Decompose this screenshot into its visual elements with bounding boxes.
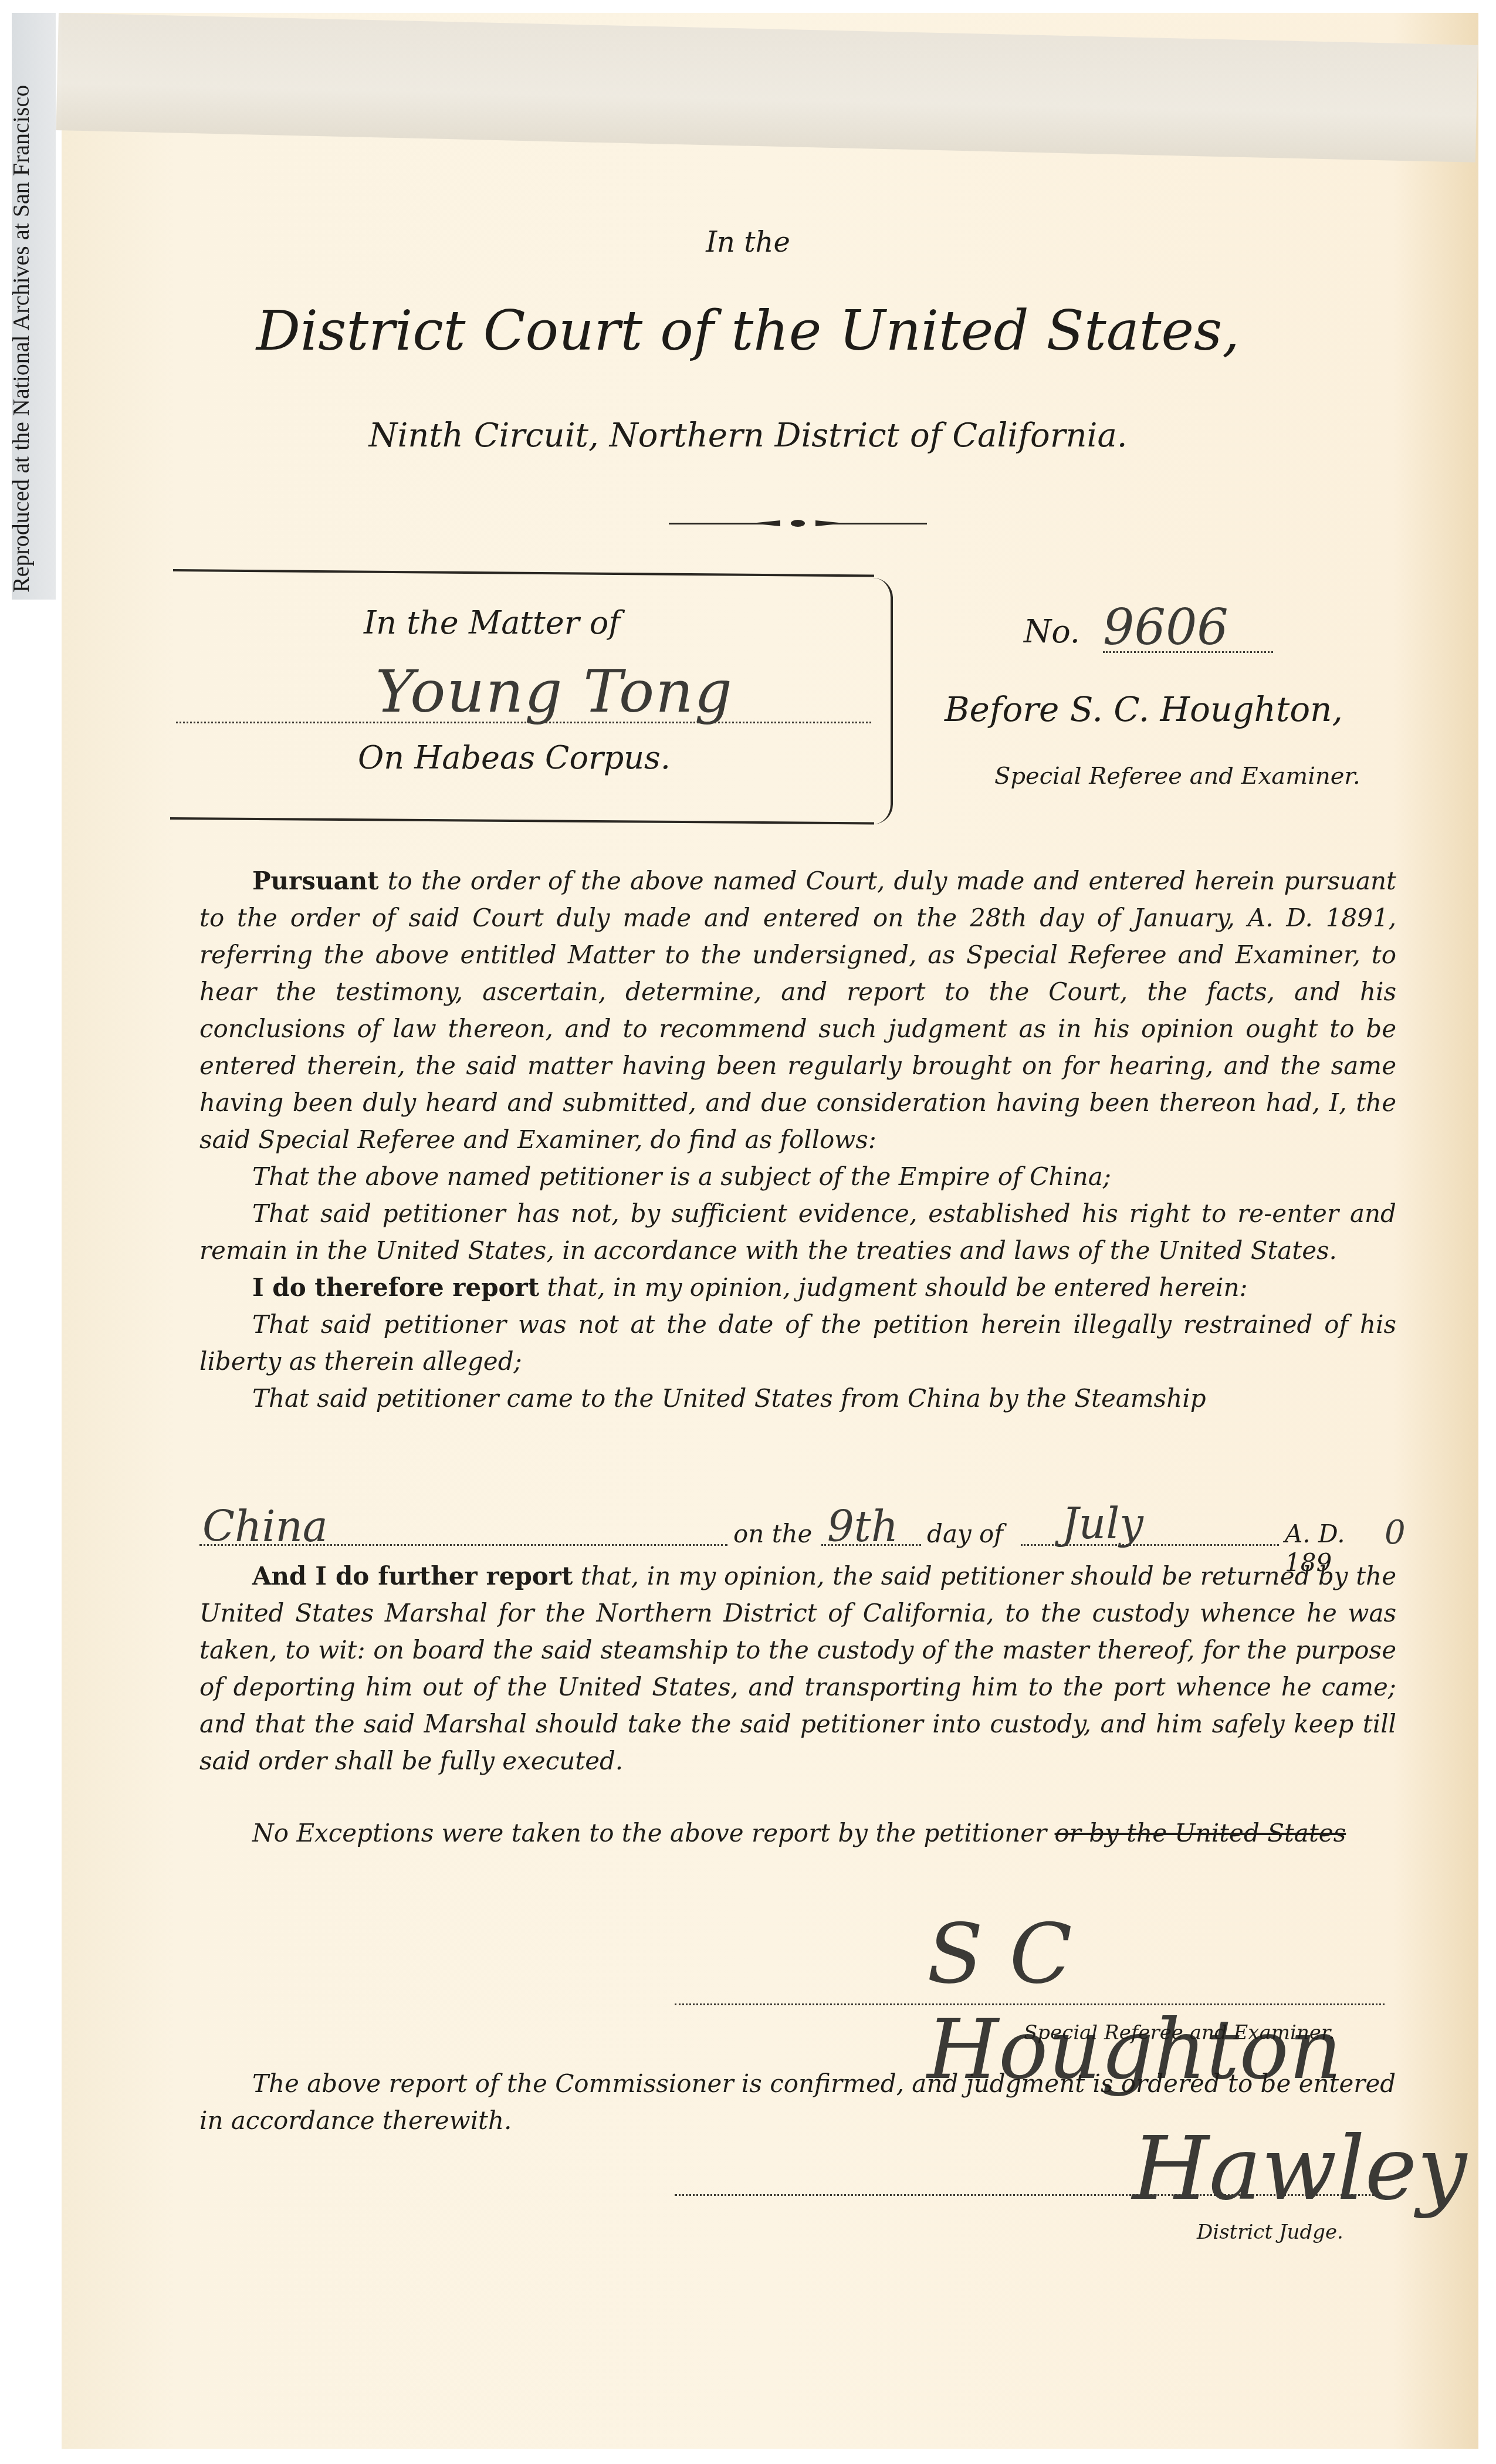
pursuant-paragraph: Pursuant to the order of the above named… xyxy=(199,862,1396,1417)
pursuant-lead: Pursuant xyxy=(252,867,379,895)
exceptions-struck-text: or by the United States xyxy=(1055,1819,1346,1847)
header-in-the: In the xyxy=(0,226,1496,259)
month-line xyxy=(1021,1544,1279,1546)
before-referee: Before S. C. Houghton, xyxy=(945,689,1343,729)
matter-label: In the Matter of xyxy=(364,604,620,641)
proceeding-type: On Habeas Corpus. xyxy=(358,739,671,776)
case-number-label: No. xyxy=(1024,613,1080,650)
judge-signature: Hawley xyxy=(1132,2118,1467,2220)
report-lead: I do therefore report xyxy=(252,1273,539,1302)
ornament-divider xyxy=(669,519,927,527)
referee-signature-title: Special Referee and Examiner. xyxy=(1024,2021,1335,2045)
report-paragraph: I do therefore report that, in my opinio… xyxy=(199,1269,1396,1306)
arrival-month: July xyxy=(1062,1499,1143,1548)
further-report-paragraph: And I do further report that, in my opin… xyxy=(199,1558,1396,1779)
case-number: 9606 xyxy=(1103,598,1228,656)
referee-title: Special Referee and Examiner. xyxy=(994,763,1360,790)
arrival-fill-row: China on the 9th day of July A. D. 189 0 xyxy=(199,1514,1396,1555)
finding-1: That the above named petitioner is a sub… xyxy=(199,1158,1396,1195)
report-text: that, in my opinion, judgment should be … xyxy=(539,1273,1248,1302)
exceptions-line: No Exceptions were taken to the above re… xyxy=(252,1819,1346,1847)
pursuant-text: to the order of the above named Court, d… xyxy=(199,867,1396,1154)
judge-signature-title: District Judge. xyxy=(1197,2221,1343,2244)
arrival-day: 9th xyxy=(827,1502,898,1551)
court-title: District Court of the United States, xyxy=(0,299,1496,363)
steamship-name: China xyxy=(202,1502,328,1551)
report-2: That said petitioner came to the United … xyxy=(199,1380,1396,1417)
on-the-label: on the xyxy=(733,1519,812,1548)
circuit-subtitle: Ninth Circuit, Northern District of Cali… xyxy=(0,417,1496,455)
exceptions-text: No Exceptions were taken to the above re… xyxy=(252,1819,1055,1847)
year-digit: 0 xyxy=(1385,1514,1406,1552)
further-lead: And I do further report xyxy=(252,1562,573,1590)
petitioner-name: Young Tong xyxy=(375,657,733,726)
caption-brace xyxy=(873,578,893,824)
report-1: That said petitioner was not at the date… xyxy=(199,1306,1396,1380)
finding-2: That said petitioner has not, by suffici… xyxy=(199,1195,1396,1269)
further-text: that, in my opinion, the said petitioner… xyxy=(199,1562,1396,1775)
day-of-label: day of xyxy=(927,1519,1003,1548)
